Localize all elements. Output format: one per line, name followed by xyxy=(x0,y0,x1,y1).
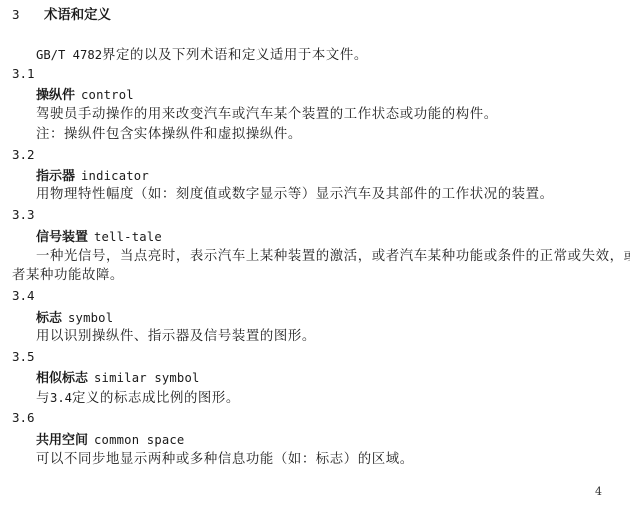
term-similar-symbol: 相似标志similar symbol xyxy=(36,368,200,388)
definition-similar-symbol: 与3.4定义的标志成比例的图形。 xyxy=(36,388,240,408)
term-symbol: 标志symbol xyxy=(36,308,113,328)
term-zh: 共用空间 xyxy=(36,433,88,448)
term-en: common space xyxy=(94,433,184,447)
definition-suffix: 定义的标志成比例的图形。 xyxy=(72,391,240,406)
term-common-space: 共用空间common space xyxy=(36,430,184,450)
section-number: 3 xyxy=(12,5,44,25)
section-title: 术语和定义 xyxy=(44,8,111,23)
term-en: similar symbol xyxy=(94,371,200,385)
term-zh: 相似标志 xyxy=(36,371,88,386)
term-indicator: 指示器indicator xyxy=(36,166,149,186)
definition-control: 驾驶员手动操作的用来改变汽车或汽车某个装置的工作状态或功能的构件。 xyxy=(36,105,498,125)
clause-number-3-5: 3.5 xyxy=(12,347,35,367)
term-en: indicator xyxy=(81,169,149,183)
term-zh: 信号装置 xyxy=(36,230,88,245)
term-en: control xyxy=(81,88,134,102)
clause-reference: 3.4 xyxy=(50,391,72,405)
definition-tell-tale-line-2: 者某种功能故障。 xyxy=(12,266,124,286)
term-zh: 标志 xyxy=(36,311,62,326)
section-intro: GB/T 4782界定的以及下列术语和定义适用于本文件。 xyxy=(36,45,368,65)
clause-number-3-3: 3.3 xyxy=(12,205,35,225)
definition-prefix: 与 xyxy=(36,391,50,406)
page-number: 4 xyxy=(595,485,602,498)
term-control: 操纵件control xyxy=(36,85,134,105)
standard-reference: GB/T 4782 xyxy=(36,48,102,62)
clause-number-3-1: 3.1 xyxy=(12,64,35,84)
term-en: symbol xyxy=(68,311,113,325)
definition-indicator: 用物理特性幅度（如：刻度值或数字显示等）显示汽车及其部件的工作状况的装置。 xyxy=(36,185,554,205)
intro-text: 界定的以及下列术语和定义适用于本文件。 xyxy=(102,48,368,63)
term-zh: 操纵件 xyxy=(36,88,75,103)
clause-number-3-6: 3.6 xyxy=(12,408,35,428)
definition-symbol: 用以识别操纵件、指示器及信号装置的图形。 xyxy=(36,327,316,347)
term-zh: 指示器 xyxy=(36,169,75,184)
term-tell-tale: 信号装置tell-tale xyxy=(36,227,162,247)
definition-common-space: 可以不同步地显示两种或多种信息功能（如：标志）的区域。 xyxy=(36,450,414,470)
clause-number-3-2: 3.2 xyxy=(12,145,35,165)
clause-number-3-4: 3.4 xyxy=(12,286,35,306)
note-control: 注：操纵件包含实体操纵件和虚拟操纵件。 xyxy=(36,125,302,145)
definition-tell-tale-line-1: 一种光信号，当点亮时，表示汽车上某种装置的激活，或者汽车某种功能或条件的正常或失… xyxy=(36,247,630,267)
section-heading: 3术语和定义 xyxy=(12,5,111,25)
term-en: tell-tale xyxy=(94,230,162,244)
